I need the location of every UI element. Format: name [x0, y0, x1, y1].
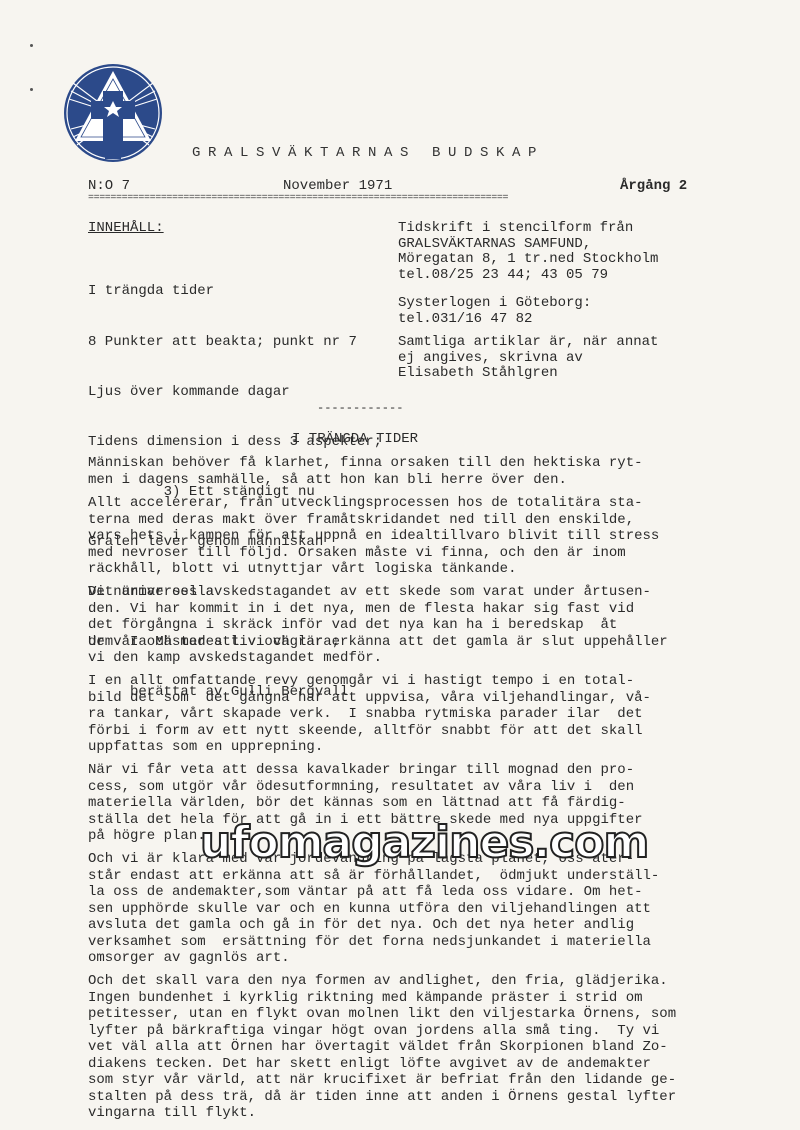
contents-item: Ljus över kommande dagar: [88, 384, 382, 401]
watermark: ufomagazines.com: [200, 817, 648, 868]
article-paragraph: Människan behöver få klarhet, finna orsa…: [88, 455, 718, 488]
newsletter-page: GRALSVÄKTARNAS BUDSKAP N:O 7 November 19…: [0, 0, 800, 1130]
issue-date: November 1971: [283, 178, 392, 194]
article-title: I TRÄNGDA TIDER: [292, 431, 418, 447]
article-paragraph: Vi närmar oss avskedstagandet av ett ske…: [88, 584, 718, 667]
contents-item: I trängda tider: [88, 283, 382, 300]
article-paragraph: Och det skall vara den nya formen av and…: [88, 973, 718, 1122]
punch-hole-mark: [30, 88, 33, 91]
dash-separator: ------------: [317, 401, 403, 415]
grail-guardians-emblem-icon: [63, 63, 163, 163]
volume-label: Årgång 2: [620, 178, 687, 194]
article-paragraph: Och vi är klara med vår jordevandring på…: [88, 851, 718, 967]
authorship-note: Samtliga artiklar är, när annat ej angiv…: [398, 335, 658, 382]
punch-hole-mark: [30, 44, 33, 47]
publisher-info: Tidskrift i stencilform från GRALSVÄKTAR…: [398, 221, 658, 283]
article-paragraph: I en allt omfattande revy genomgår vi i …: [88, 673, 718, 756]
article-paragraph: Allt accelererar, från utvecklingsproces…: [88, 495, 718, 578]
contents-item: 8 Punkter att beakta; punkt nr 7: [88, 334, 382, 351]
sister-lodge-info: Systerlogen i Göteborg: tel.031/16 47 82: [398, 296, 591, 327]
newsletter-title: GRALSVÄKTARNAS BUDSKAP: [192, 145, 544, 161]
contents-heading: INNEHÅLL:: [88, 220, 164, 236]
double-rule-divider: ========================================…: [88, 193, 708, 204]
issue-number: N:O 7: [88, 178, 130, 194]
